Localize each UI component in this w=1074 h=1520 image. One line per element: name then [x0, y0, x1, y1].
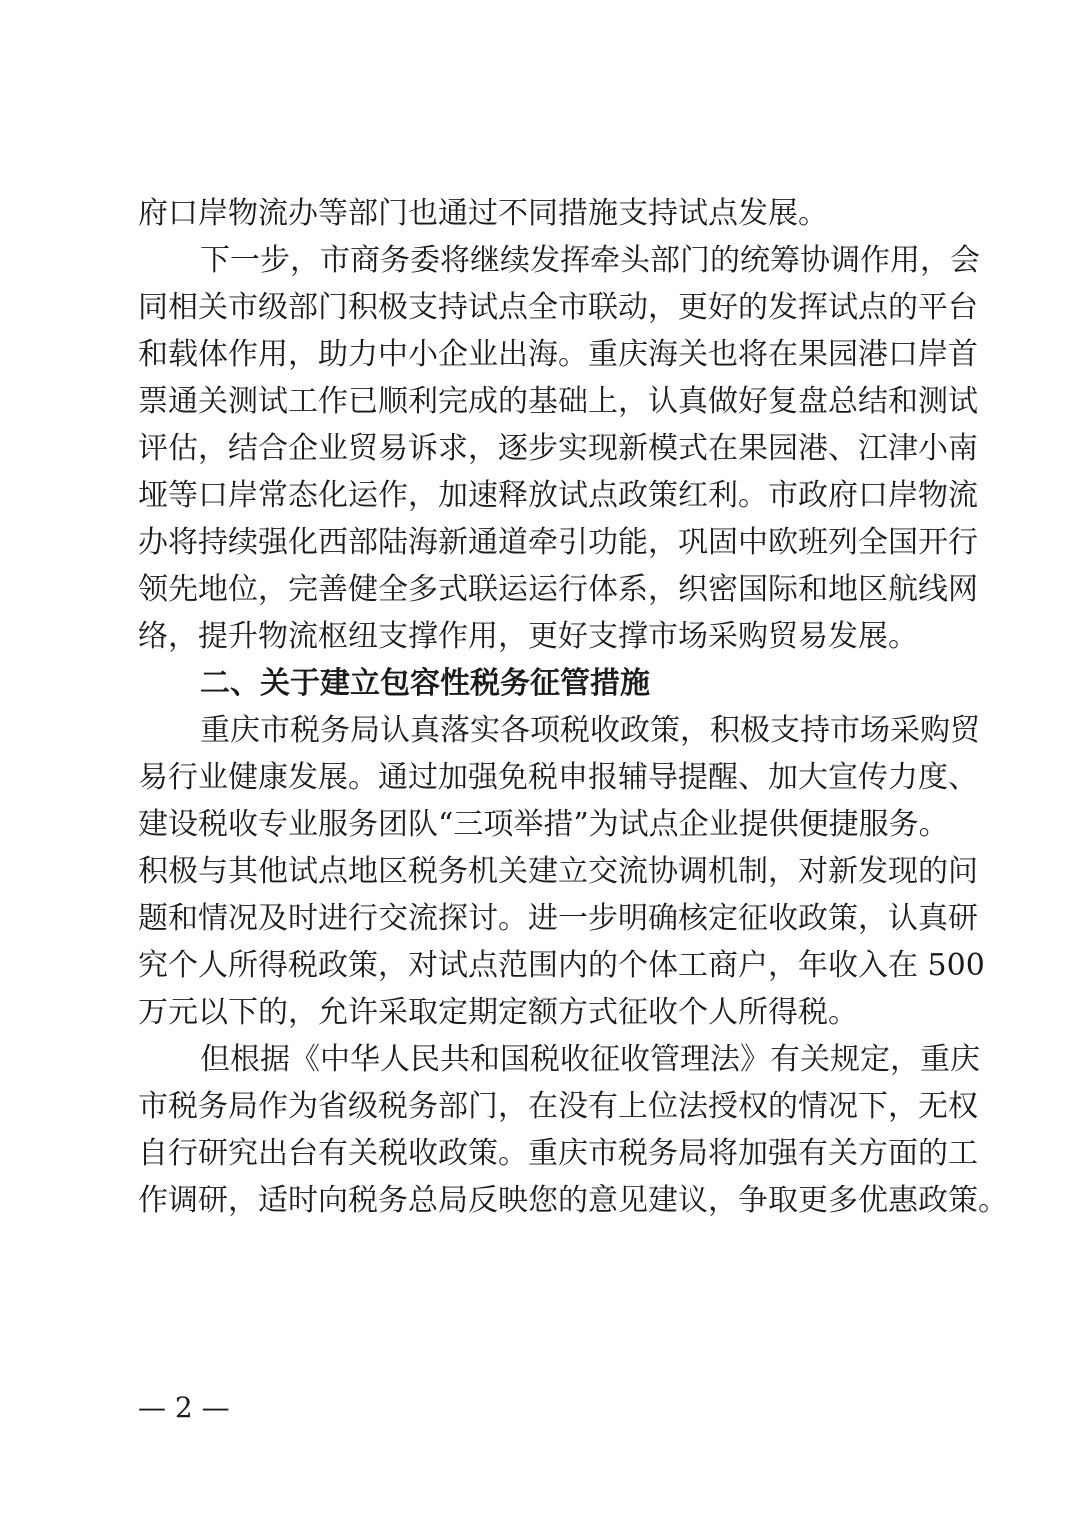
- text-line: 下一步，市商务委将继续发挥牵头部门的统筹协调作用，会: [138, 237, 938, 284]
- text-line: 领先地位，完善健全多式联运运行体系，织密国际和地区航线网: [138, 566, 938, 613]
- document-page: 府口岸物流办等部门也通过不同措施支持试点发展。 下一步，市商务委将继续发挥牵头部…: [0, 0, 1074, 1520]
- text-line: 重庆市税务局认真落实各项税收政策，积极支持市场采购贸: [138, 707, 938, 754]
- text-line: 票通关测试工作已顺利完成的基础上，认真做好复盘总结和测试: [138, 378, 938, 425]
- text-line: 垭等口岸常态化运作，加速释放试点政策红利。市政府口岸物流: [138, 472, 938, 519]
- text-line: 同相关市级部门积极支持试点全市联动，更好的发挥试点的平台: [138, 284, 938, 331]
- text-line: 评估，结合企业贸易诉求，逐步实现新模式在果园港、江津小南: [138, 425, 938, 472]
- paragraph-legal-limitation: 但根据《中华人民共和国税收征收管理法》有关规定，重庆 市税务局作为省级税务部门，…: [138, 1036, 938, 1224]
- text-line: 和载体作用，助力中小企业出海。重庆海关也将在果园港口岸首: [138, 331, 938, 378]
- text-line: 府口岸物流办等部门也通过不同措施支持试点发展。: [138, 190, 938, 237]
- text-line: 市税务局作为省级税务部门，在没有上位法授权的情况下，无权: [138, 1083, 938, 1130]
- page-number: — 2 —: [138, 1388, 230, 1428]
- text-line: 易行业健康发展。通过加强免税申报辅导提醒、加大宣传力度、: [138, 754, 938, 801]
- section-heading: 二、关于建立包容性税务征管措施: [138, 660, 938, 707]
- text-line: 建设税收专业服务团队“三项举措”为试点企业提供便捷服务。: [138, 801, 938, 848]
- text-line: 题和情况及时进行交流探讨。进一步明确核定征收政策，认真研: [138, 895, 938, 942]
- text-line: 办将持续强化西部陆海新通道牵引功能，巩固中欧班列全国开行: [138, 519, 938, 566]
- text-line: 究个人所得税政策，对试点范围内的个体工商户，年收入在 500: [138, 942, 938, 989]
- document-body: 府口岸物流办等部门也通过不同措施支持试点发展。 下一步，市商务委将继续发挥牵头部…: [138, 190, 938, 1224]
- text-line: 作调研，适时向税务总局反映您的意见建议，争取更多优惠政策。: [138, 1177, 938, 1224]
- text-line: 自行研究出台有关税收政策。重庆市税务局将加强有关方面的工: [138, 1130, 938, 1177]
- paragraph-tax-measures: 重庆市税务局认真落实各项税收政策，积极支持市场采购贸 易行业健康发展。通过加强免…: [138, 707, 938, 1036]
- text-line: 络，提升物流枢纽支撑作用，更好支撑市场采购贸易发展。: [138, 613, 938, 660]
- text-line: 万元以下的，允许采取定期定额方式征收个人所得税。: [138, 989, 938, 1036]
- paragraph-next-steps: 下一步，市商务委将继续发挥牵头部门的统筹协调作用，会 同相关市级部门积极支持试点…: [138, 237, 938, 660]
- text-line: 但根据《中华人民共和国税收征收管理法》有关规定，重庆: [138, 1036, 938, 1083]
- text-line: 积极与其他试点地区税务机关建立交流协调机制，对新发现的问: [138, 848, 938, 895]
- paragraph-continuation: 府口岸物流办等部门也通过不同措施支持试点发展。: [138, 190, 938, 237]
